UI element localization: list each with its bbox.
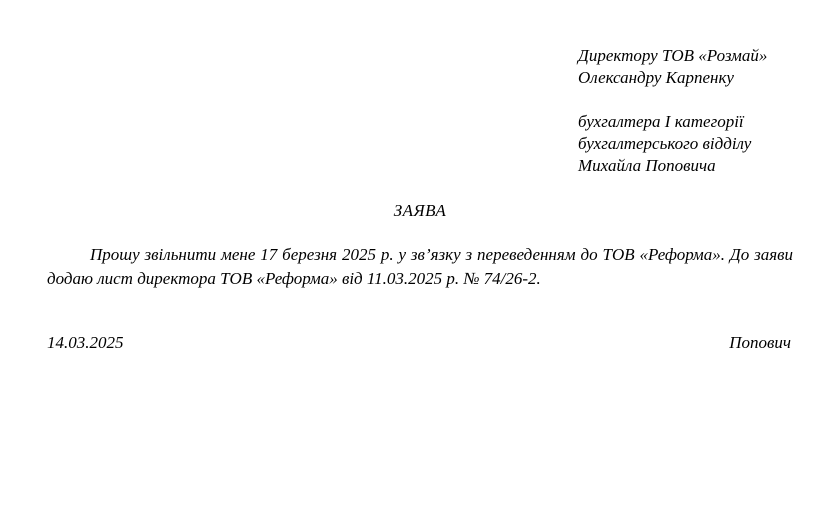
signature: Попович (729, 332, 791, 354)
sender-name: Михайла Поповича (578, 155, 767, 177)
document-title: ЗАЯВА (0, 200, 817, 222)
sender-department: бухгалтерського відділу (578, 133, 767, 155)
recipient-name: Олександру Карпенку (578, 67, 767, 89)
recipient-position: Директору ТОВ «Розмай» (578, 45, 767, 67)
addressee-spacer (578, 89, 767, 111)
addressee-block: Директору ТОВ «Розмай» Олександру Карпен… (578, 45, 767, 177)
document-date: 14.03.2025 (47, 332, 124, 354)
sender-position: бухгалтера І категорії (578, 111, 767, 133)
document-body: Прошу звільнити мене 17 березня 2025 р. … (47, 243, 793, 291)
